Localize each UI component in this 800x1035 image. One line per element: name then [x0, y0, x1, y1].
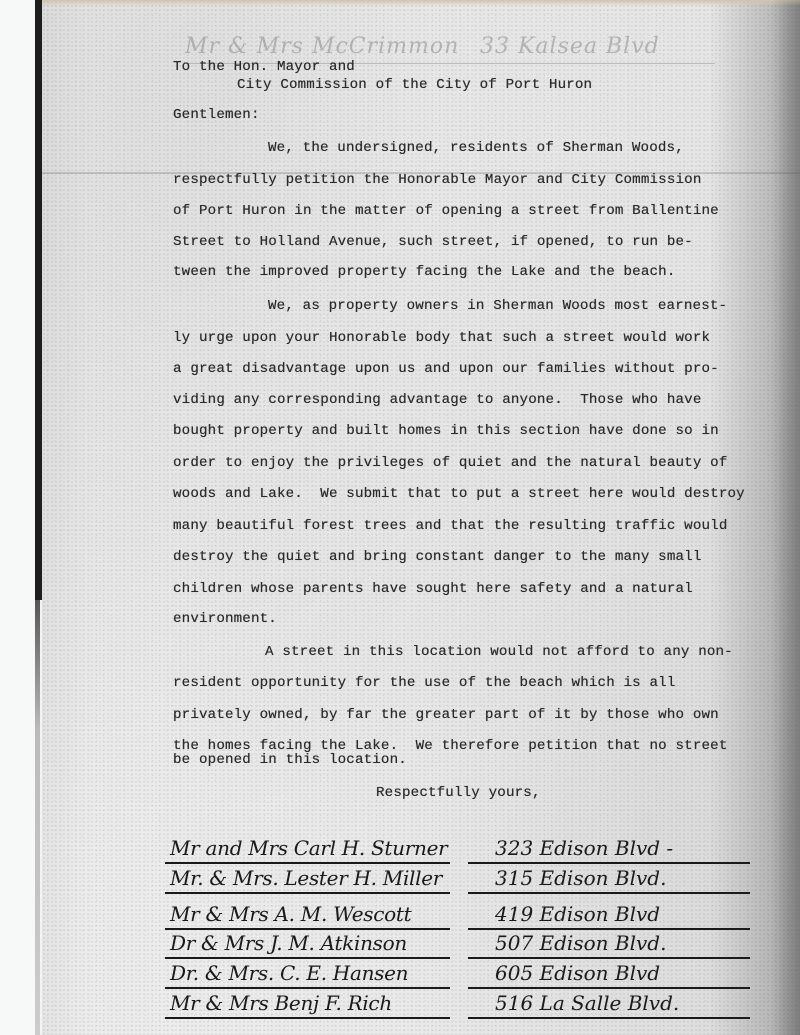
signature-address-line	[468, 862, 750, 864]
signatory-address: 323 Edison Blvd -	[495, 836, 673, 860]
body-line: Street to Holland Avenue, such street, i…	[173, 234, 693, 250]
signature-address-line	[468, 892, 750, 894]
scanner-margin	[0, 0, 35, 1035]
binding-edge-lower	[35, 600, 40, 1035]
signatory-address: 516 La Salle Blvd.	[495, 991, 679, 1015]
signature-name-line	[165, 928, 450, 930]
body-line: A street in this location would not affo…	[265, 644, 733, 660]
body-line: many beautiful forest trees and that the…	[173, 518, 728, 534]
signatory-name: Mr & Mrs A. M. Wescott	[170, 902, 411, 926]
addressee-line-2: City Commission of the City of Port Huro…	[237, 77, 592, 93]
page-shadow	[770, 0, 800, 1035]
signatory-address: 507 Edison Blvd.	[495, 931, 666, 955]
body-line: a great disadvantage upon us and upon ou…	[173, 361, 719, 377]
body-line: woods and Lake. We submit that to put a …	[173, 486, 745, 502]
closing: Respectfully yours,	[376, 785, 541, 801]
body-line: resident opportunity for the use of the …	[173, 675, 676, 691]
signatory-address: 419 Edison Blvd	[495, 902, 660, 926]
body-line: be opened in this location.	[173, 752, 407, 768]
signature-address-line	[468, 928, 750, 930]
body-line: tween the improved property facing the L…	[173, 264, 676, 280]
faint-address: 33 Kalsea Blvd	[480, 34, 660, 59]
body-line: respectfully petition the Honorable Mayo…	[173, 172, 702, 188]
signature-name-line	[165, 957, 450, 959]
scanned-document-page: Mr & Mrs McCrimmon 33 Kalsea Blvd To the…	[0, 0, 800, 1035]
signature-name-line	[165, 892, 450, 894]
signatory-address: 605 Edison Blvd	[495, 961, 660, 985]
body-line: of Port Huron in the matter of opening a…	[173, 203, 719, 219]
body-line: We, the undersigned, residents of Sherma…	[268, 140, 684, 156]
paper-edge-stain	[42, 0, 800, 6]
body-line: environment.	[173, 611, 277, 627]
signatory-name: Mr & Mrs Benj F. Rich	[170, 991, 392, 1015]
greeting: Gentlemen:	[173, 107, 260, 123]
body-line: viding any corresponding advantage to an…	[173, 392, 702, 408]
faint-name: Mr & Mrs McCrimmon	[185, 34, 459, 59]
body-line: privately owned, by far the greater part…	[173, 707, 719, 723]
signature-address-line	[468, 987, 750, 989]
signature-name-line	[165, 862, 450, 864]
body-line: We, as property owners in Sherman Woods …	[268, 298, 727, 314]
body-line: bought property and built homes in this …	[173, 423, 719, 439]
signatory-name: Dr. & Mrs. C. E. Hansen	[170, 961, 408, 985]
body-line: order to enjoy the privileges of quiet a…	[173, 455, 728, 471]
body-line: children whose parents have sought here …	[173, 581, 693, 597]
addressee-line-1: To the Hon. Mayor and	[173, 59, 355, 75]
signatory-address: 315 Edison Blvd.	[495, 866, 666, 890]
signatory-name: Dr & Mrs J. M. Atkinson	[170, 931, 407, 955]
signature-address-line	[468, 957, 750, 959]
body-line: destroy the quiet and bring constant dan…	[173, 549, 702, 565]
signatory-name: Mr and Mrs Carl H. Sturner	[170, 836, 447, 860]
signatory-name: Mr. & Mrs. Lester H. Miller	[170, 866, 442, 890]
body-line: ly urge upon your Honorable body that su…	[173, 330, 710, 346]
signature-address-line	[468, 1017, 750, 1019]
binding-edge	[35, 0, 42, 600]
signature-name-line	[165, 1017, 450, 1019]
signature-name-line	[165, 987, 450, 989]
